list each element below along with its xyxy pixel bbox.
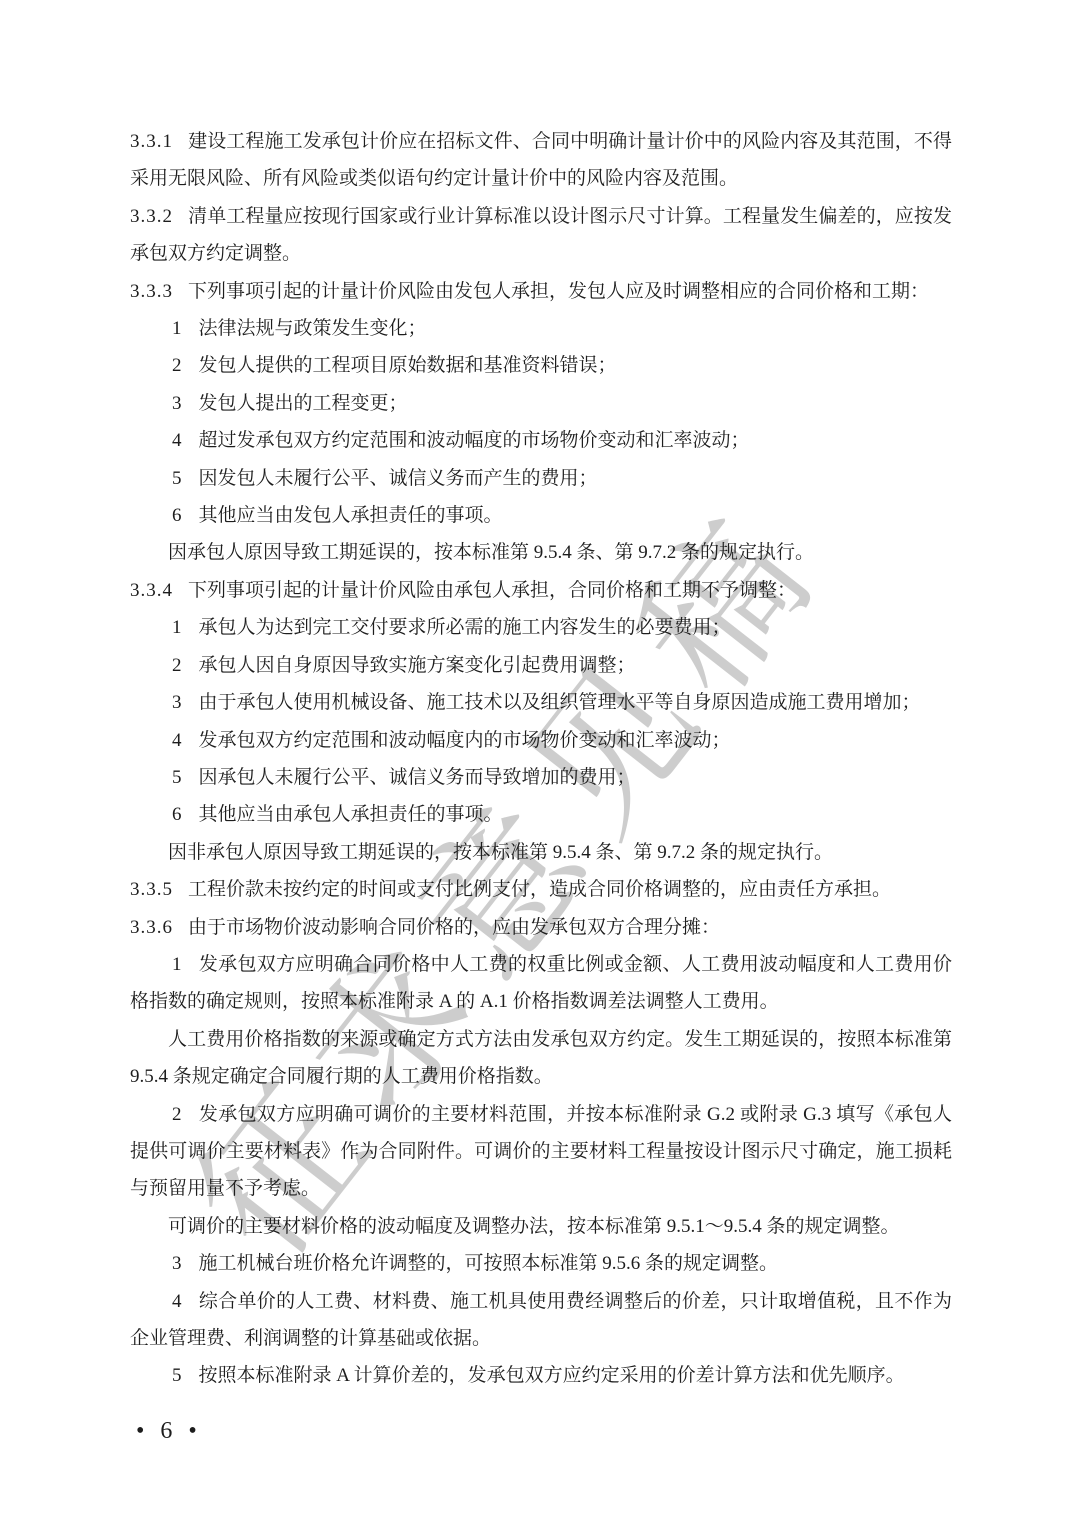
clause-number: 3.3.5 [130, 879, 173, 900]
clause-number: 3.3.3 [130, 281, 173, 302]
page-number: • 6 • [136, 1418, 202, 1445]
item-number: 3 [172, 1253, 182, 1274]
numbered-item: 3由于承包人使用机械设备、施工技术以及组织管理水平等自身原因造成施工费用增加； [130, 684, 952, 721]
item-number: 1 [172, 617, 182, 638]
paragraph: 因承包人原因导致工期延误的，按本标准第 9.5.4 条、第 9.7.2 条的规定… [130, 534, 952, 571]
numbered-item: 1法律法规与政策发生变化； [130, 310, 952, 347]
item-number: 6 [172, 505, 182, 526]
item-number: 4 [172, 1291, 182, 1312]
clause-paragraph: 3.3.3下列事项引起的计量计价风险由发包人承担，发包人应及时调整相应的合同价格… [130, 273, 952, 310]
clause-number: 3.3.1 [130, 131, 173, 152]
item-number: 4 [172, 430, 182, 451]
clause-paragraph: 3.3.4下列事项引起的计量计价风险由承包人承担，合同价格和工期不予调整： [130, 572, 952, 609]
item-number: 1 [172, 954, 182, 975]
item-number: 6 [172, 804, 182, 825]
numbered-item: 2承包人因自身原因导致实施方案变化引起费用调整； [130, 647, 952, 684]
paragraph: 人工费用价格指数的来源或确定方式方法由发承包双方约定。发生工期延误的，按照本标准… [130, 1021, 952, 1096]
clause-number: 3.3.2 [130, 206, 173, 227]
numbered-item: 4发承包双方约定范围和波动幅度内的市场物价变动和汇率波动； [130, 722, 952, 759]
item-number: 2 [172, 655, 182, 676]
numbered-item: 6其他应当由发包人承担责任的事项。 [130, 497, 952, 534]
numbered-item: 6其他应当由承包人承担责任的事项。 [130, 796, 952, 833]
item-number: 1 [172, 318, 182, 339]
clause-paragraph: 3.3.6由于市场物价波动影响合同价格的，应由发承包双方合理分摊： [130, 909, 952, 946]
item-number: 5 [172, 767, 182, 788]
numbered-item: 4超过发承包双方约定范围和波动幅度的市场物价变动和汇率波动； [130, 422, 952, 459]
numbered-item: 5因发包人未履行公平、诚信义务而产生的费用； [130, 460, 952, 497]
item-number: 3 [172, 692, 182, 713]
numbered-item: 2发承包双方应明确可调价的主要材料范围，并按本标准附录 G.2 或附录 G.3 … [130, 1096, 952, 1208]
numbered-item: 5按照本标准附录 A 计算价差的，发承包双方应约定采用的价差计算方法和优先顺序。 [130, 1357, 952, 1394]
clause-number: 3.3.6 [130, 917, 173, 938]
clause-paragraph: 3.3.1建设工程施工发承包计价应在招标文件、合同中明确计量计价中的风险内容及其… [130, 123, 952, 198]
numbered-item: 2发包人提供的工程项目原始数据和基准资料错误； [130, 347, 952, 384]
item-number: 5 [172, 1365, 182, 1386]
document-body: 3.3.1建设工程施工发承包计价应在招标文件、合同中明确计量计价中的风险内容及其… [130, 123, 952, 1395]
numbered-item: 3发包人提出的工程变更； [130, 385, 952, 422]
item-number: 2 [172, 355, 182, 376]
numbered-item: 3施工机械台班价格允许调整的，可按照本标准第 9.5.6 条的规定调整。 [130, 1245, 952, 1282]
clause-number: 3.3.4 [130, 580, 173, 601]
item-number: 5 [172, 468, 182, 489]
item-number: 4 [172, 730, 182, 751]
paragraph: 因非承包人原因导致工期延误的，按本标准第 9.5.4 条、第 9.7.2 条的规… [130, 834, 952, 871]
numbered-item: 1发承包双方应明确合同价格中人工费的权重比例或金额、人工费用波动幅度和人工费用价… [130, 946, 952, 1021]
paragraph: 可调价的主要材料价格的波动幅度及调整办法，按本标准第 9.5.1～9.5.4 条… [130, 1208, 952, 1245]
numbered-item: 4综合单价的人工费、材料费、施工机具使用费经调整后的价差，只计取增值税，且不作为… [130, 1283, 952, 1358]
item-number: 2 [172, 1104, 182, 1125]
clause-paragraph: 3.3.5工程价款未按约定的时间或支付比例支付，造成合同价格调整的，应由责任方承… [130, 871, 952, 908]
clause-paragraph: 3.3.2清单工程量应按现行国家或行业计算标准以设计图示尺寸计算。工程量发生偏差… [130, 198, 952, 273]
numbered-item: 5因承包人未履行公平、诚信义务而导致增加的费用； [130, 759, 952, 796]
item-number: 3 [172, 393, 182, 414]
numbered-item: 1承包人为达到完工交付要求所必需的施工内容发生的必要费用； [130, 609, 952, 646]
